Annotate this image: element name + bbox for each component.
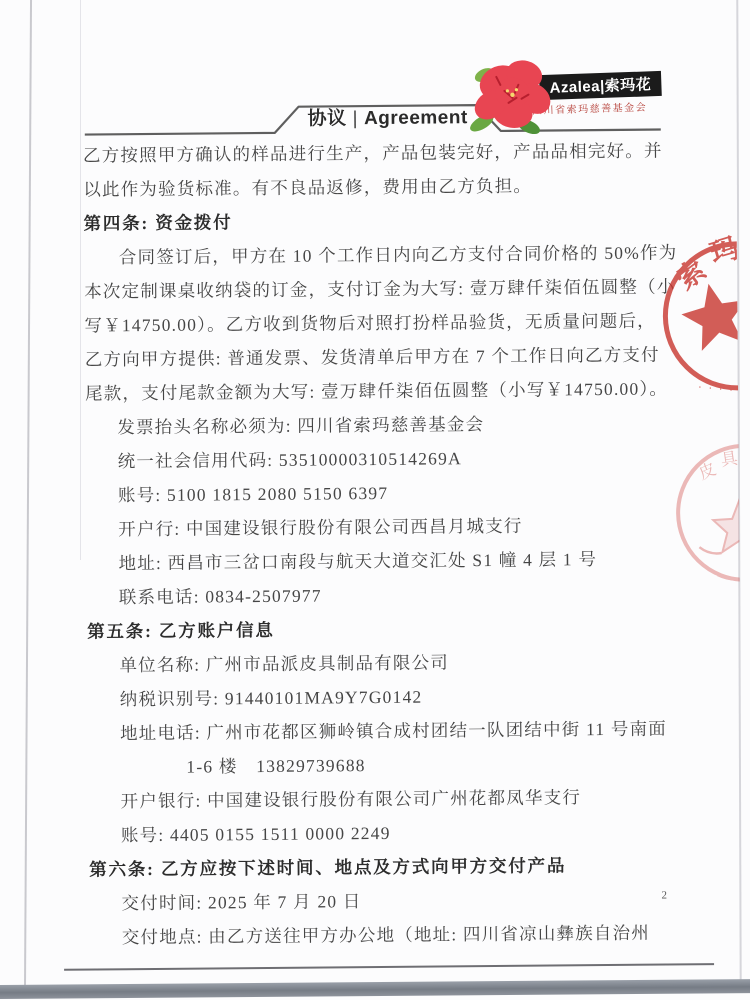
phone-line: 联系电话: 0834-2507977 bbox=[87, 575, 673, 614]
section-heading-article-6: 第六条: 乙方应按下述时间、地点及方式向甲方交付产品 bbox=[89, 847, 675, 886]
invoice-title-line: 发票抬头名称必须为: 四川省索玛慈善基金会 bbox=[85, 405, 671, 444]
company-name-line: 单位名称: 广州市品派皮具制品有限公司 bbox=[87, 643, 673, 682]
page-title-zh: 协议 bbox=[307, 108, 346, 129]
section-heading-article-4: 第四条: 资金拨付 bbox=[83, 201, 669, 240]
bank-line: 开户行: 中国建设银行股份有限公司西昌月城支行 bbox=[86, 507, 672, 546]
tax-id-line: 纳税识别号: 91440101MA9Y7G0142 bbox=[88, 677, 674, 716]
document-page: 协议|Agreement Azalea|索玛花 四川省索玛慈善基金会 乙方按照甲… bbox=[24, 0, 744, 987]
seal-character: 索 bbox=[670, 254, 712, 296]
azalea-flower-icon bbox=[454, 46, 573, 145]
body-line: 尾款，支付尾款金额为大写: 壹万肆仟柒佰伍圆整（小写￥14750.00）。 bbox=[85, 371, 671, 410]
credit-code-line: 统一社会信用代码: 53510000310514269A bbox=[86, 439, 672, 478]
body-line: 乙方向甲方提供: 普通发票、发货清单后甲方在 7 个工作日向乙方支付 bbox=[85, 337, 671, 376]
seal-character: 具 bbox=[719, 449, 740, 470]
delivery-time-line: 交付时间: 2025 年 7 月 20 日 bbox=[89, 881, 675, 920]
title-separator: | bbox=[346, 108, 364, 129]
body-line: 乙方按照甲方确认的样品进行生产，产品包装完好，产品品相完好。并 bbox=[83, 133, 669, 172]
page-number: 2 bbox=[661, 889, 667, 901]
delivery-place-line: 交付地点: 由乙方送往甲方办公地（地址: 四川省凉山彝族自治州 bbox=[90, 915, 676, 954]
page-title-en: Agreement bbox=[364, 107, 468, 129]
vendor-bank-line: 开户银行: 中国建设银行股份有限公司广州花都凤华支行 bbox=[88, 779, 674, 818]
vendor-address-line: 地址电话: 广州市花都区狮岭镇合成村团结一队团结中街 11 号南面 bbox=[88, 711, 674, 750]
foundation-red-seal: 索 玛 · · · · · bbox=[653, 216, 744, 417]
body-line: 合同签订后，甲方在 10 个工作日内向乙方支付合同价格的 50%作为 bbox=[84, 235, 670, 274]
address-line: 地址: 西昌市三岔口南段与航天大道交汇处 S1 幢 4 层 1 号 bbox=[86, 541, 672, 580]
seal-serial-marks: · · · · · bbox=[697, 382, 743, 398]
footer-rule bbox=[64, 963, 714, 971]
vendor-account-line: 账号: 4405 0155 1511 0000 2249 bbox=[89, 813, 675, 852]
section-heading-article-5: 第五条: 乙方账户信息 bbox=[87, 609, 673, 648]
vendor-address-line2: 1-6 楼 13829739688 bbox=[88, 745, 674, 784]
account-number-line: 账号: 5100 1815 2080 5150 6397 bbox=[86, 473, 672, 512]
contract-body: 乙方按照甲方确认的样品进行生产，产品包装完好，产品品相完好。并 以此作为验货标准… bbox=[83, 133, 676, 954]
body-line: 写￥14750.00）。乙方收到货物后对照打扮样品验货，无质量问题后， bbox=[84, 303, 670, 342]
body-line: 本次定制课桌收纳袋的订金，支付订金为大写: 壹万肆仟柒佰伍圆整（小 bbox=[84, 269, 670, 308]
vendor-red-seal: 皮 具 bbox=[658, 426, 743, 607]
body-line: 以此作为验货标准。有不良品返修，费用由乙方负担。 bbox=[83, 167, 669, 206]
